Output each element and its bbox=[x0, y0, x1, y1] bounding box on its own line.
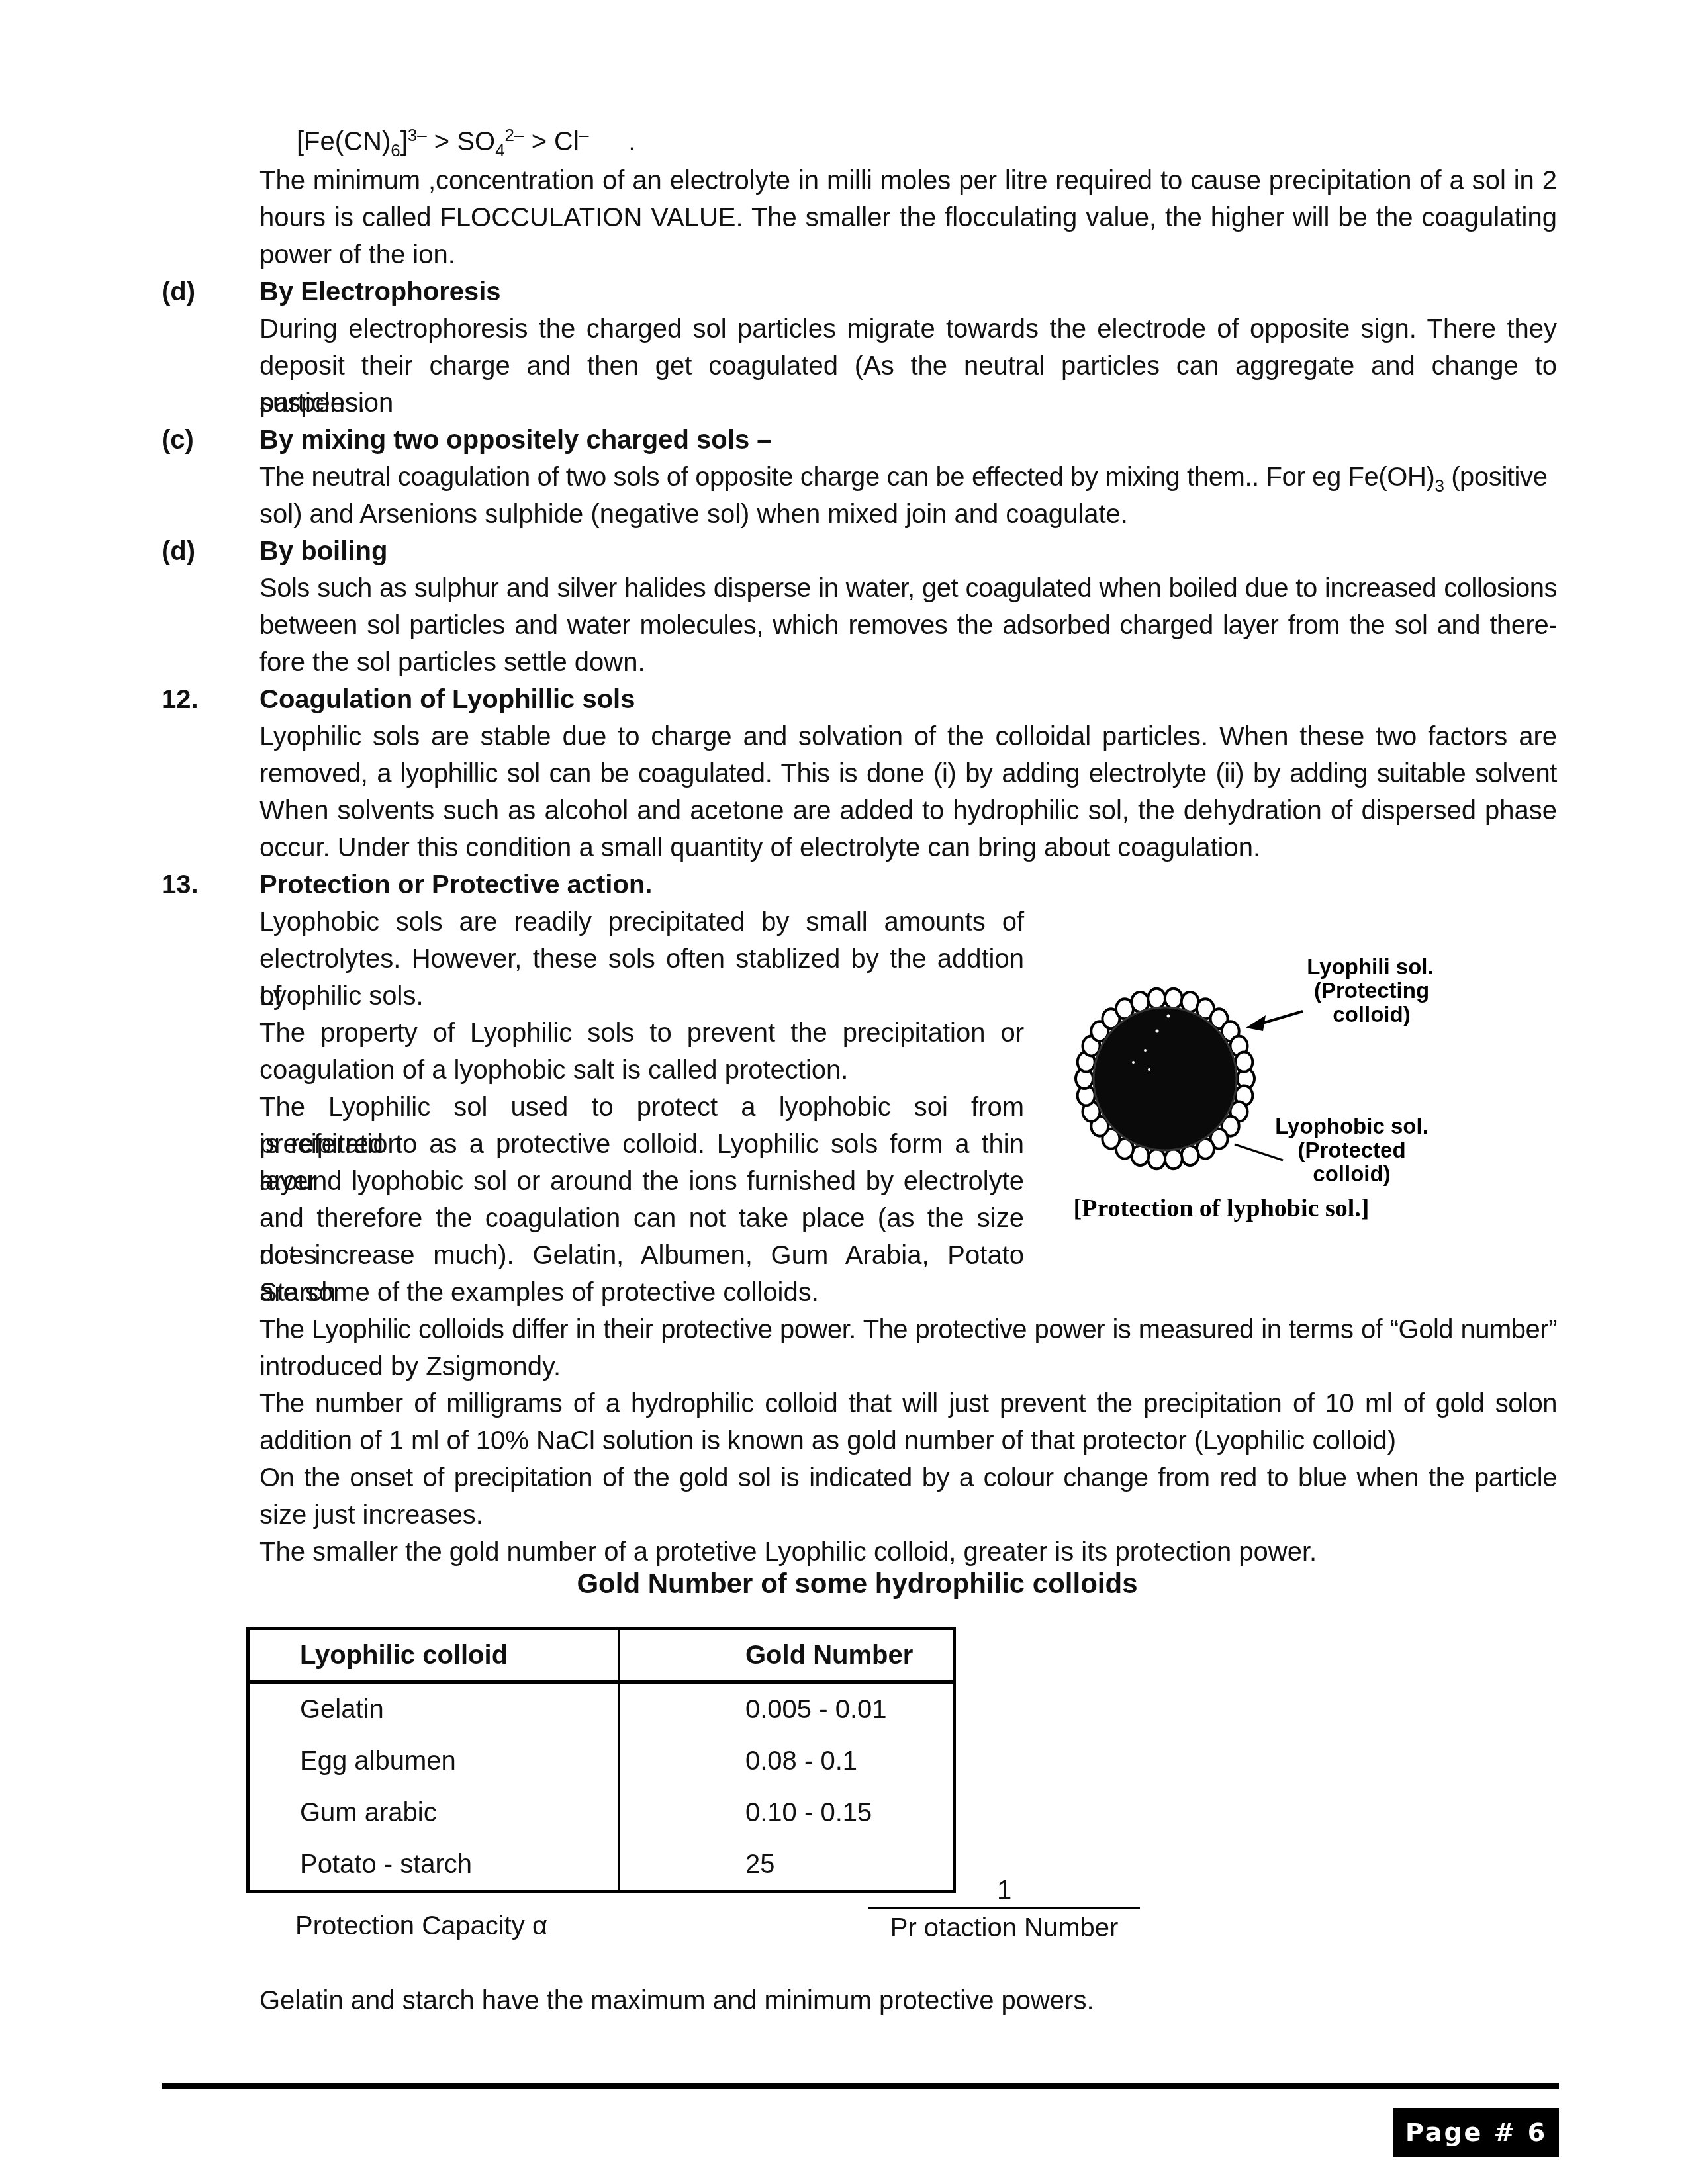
section-marker: (c) bbox=[162, 422, 194, 459]
relation-lhs: Protection Capacity α bbox=[295, 1907, 547, 1944]
document-page: [Fe(CN)6]3– > SO42– > Cl–. The minimum ,… bbox=[0, 0, 1688, 2184]
arrow-head-icon bbox=[1246, 1015, 1266, 1031]
table-row: Gelatin0.005 - 0.01 bbox=[248, 1682, 955, 1736]
bead-icon bbox=[1165, 1149, 1182, 1169]
protection-diagram: Lyophili sol. (Protecting colloid) Lyoph… bbox=[1059, 913, 1523, 1244]
colloid-name-cell: Potato - starch bbox=[248, 1839, 619, 1892]
section-heading-electrophoresis: By Electrophoresis bbox=[259, 273, 501, 310]
ion-order-formula: [Fe(CN)6]3– > SO42– > Cl–. bbox=[297, 123, 635, 160]
label-lyophilic: (Protecting bbox=[1314, 978, 1429, 1003]
section-heading-lyophilic: Coagulation of Lyophillic sols bbox=[259, 681, 635, 718]
flocculation-line: power of the ion. bbox=[259, 236, 455, 273]
paragraph-line: introduced by Zsigmondy. bbox=[259, 1348, 561, 1385]
page-number-label: Page # 6 bbox=[1405, 2118, 1547, 2147]
paragraph-line: coagulation of a lyophobic salt is calle… bbox=[259, 1052, 848, 1089]
paragraph-line: When solvents such as alcohol and aceton… bbox=[259, 792, 1557, 829]
pointer-line bbox=[1235, 1144, 1283, 1160]
gold-number-cell: 0.10 - 0.15 bbox=[619, 1787, 955, 1839]
paragraph-line: The neutral coagulation of two sols of o… bbox=[259, 459, 1557, 496]
section-marker: 12. bbox=[162, 681, 199, 718]
paragraph-line: addition of 1 ml of 10% NaCl solution is… bbox=[259, 1422, 1396, 1459]
table-row: Egg albumen0.08 - 0.1 bbox=[248, 1735, 955, 1787]
paragraph-line: between sol particles and water molecule… bbox=[259, 607, 1557, 644]
table-title: Gold Number of some hydrophilic colloids bbox=[0, 1565, 1688, 1602]
colloid-name-cell: Gelatin bbox=[248, 1682, 619, 1736]
section-marker: 13. bbox=[162, 866, 199, 903]
gold-number-cell: 0.08 - 0.1 bbox=[619, 1735, 955, 1787]
bead-icon bbox=[1148, 1149, 1165, 1169]
paragraph-line: During electrophoresis the charged sol p… bbox=[259, 310, 1557, 347]
gold-number-cell: 0.005 - 0.01 bbox=[619, 1682, 955, 1736]
table-row: Potato - starch25 bbox=[248, 1839, 955, 1892]
table-header-row: Lyophilic colloid Gold Number bbox=[248, 1629, 955, 1682]
footer-rule bbox=[162, 2083, 1559, 2089]
fraction-denominator: Pr otaction Number bbox=[868, 1909, 1140, 1946]
paragraph-line: Lyophobic sols are readily precipitated … bbox=[259, 903, 1024, 940]
paragraph-line: are some of the examples of protective c… bbox=[259, 1274, 819, 1311]
flocculation-line: The minimum ,concentration of an electro… bbox=[259, 162, 1557, 199]
page-number-badge: Page # 6 bbox=[1393, 2108, 1559, 2157]
paragraph-line: particles. bbox=[259, 385, 365, 422]
section-heading-boiling: By boiling bbox=[259, 533, 387, 570]
paragraph-line: size just increases. bbox=[259, 1496, 483, 1533]
label-lyophilic: colloid) bbox=[1333, 1002, 1410, 1026]
column-header: Lyophilic colloid bbox=[248, 1629, 619, 1682]
label-lyophobic: Lyophobic sol. bbox=[1275, 1114, 1429, 1138]
colloid-diagram-svg: Lyophili sol. (Protecting colloid) Lyoph… bbox=[1059, 913, 1523, 1244]
colloid-name-cell: Gum arabic bbox=[248, 1787, 619, 1839]
paragraph-line: The Lyophilic colloids differ in their p… bbox=[259, 1311, 1557, 1348]
conclusion-text: Gelatin and starch have the maximum and … bbox=[259, 1982, 1094, 2019]
section-marker: (d) bbox=[162, 533, 195, 570]
column-header: Gold Number bbox=[619, 1629, 955, 1682]
bead-icon bbox=[1148, 989, 1165, 1009]
paragraph-line: Lyophilic sols are stable due to charge … bbox=[259, 718, 1557, 755]
section-heading-mixing: By mixing two oppositely charged sols – bbox=[259, 422, 772, 459]
paragraph-line: occur. Under this condition a small quan… bbox=[259, 829, 1260, 866]
bead-icon bbox=[1165, 989, 1182, 1009]
lyophobic-core-icon bbox=[1094, 1007, 1237, 1150]
section-marker: (d) bbox=[162, 273, 195, 310]
label-lyophilic: Lyophili sol. bbox=[1307, 954, 1433, 979]
colloid-name-cell: Egg albumen bbox=[248, 1735, 619, 1787]
paragraph-line: deposit their charge and then get coagul… bbox=[259, 347, 1557, 422]
bead-icon bbox=[1235, 1052, 1252, 1072]
relation-fraction: 1 Pr otaction Number bbox=[868, 1873, 1140, 1946]
paragraph-line: Sols such as sulphur and silver halides … bbox=[259, 570, 1557, 607]
paragraph-line: removed, a lyophillic sol can be coagula… bbox=[259, 755, 1557, 792]
paragraph-line: fore the sol particles settle down. bbox=[259, 644, 645, 681]
paragraph-line: Lyophilic sols. bbox=[259, 978, 424, 1015]
gold-number-table: Lyophilic colloid Gold Number Gelatin0.0… bbox=[246, 1627, 956, 1893]
paragraph-line: On the onset of precipitation of the gol… bbox=[259, 1459, 1557, 1496]
table-row: Gum arabic0.10 - 0.15 bbox=[248, 1787, 955, 1839]
diagram-caption: [Protection of lyphobic sol.] bbox=[1074, 1195, 1370, 1222]
paragraph-line: sol) and Arsenions sulphide (negative so… bbox=[259, 496, 1128, 533]
paragraph-line: The number of milligrams of a hydrophili… bbox=[259, 1385, 1557, 1422]
label-lyophobic: (Protected bbox=[1297, 1138, 1405, 1162]
paragraph-line: around lyophobic sol or around the ions … bbox=[259, 1163, 1024, 1200]
paragraph-line: The property of Lyophilic sols to preven… bbox=[259, 1015, 1024, 1052]
label-lyophobic: colloid) bbox=[1313, 1161, 1390, 1186]
fraction-numerator: 1 bbox=[868, 1873, 1140, 1907]
flocculation-line: hours is called FLOCCULATION VALUE. The … bbox=[259, 199, 1557, 236]
section-heading-protection: Protection or Protective action. bbox=[259, 866, 652, 903]
